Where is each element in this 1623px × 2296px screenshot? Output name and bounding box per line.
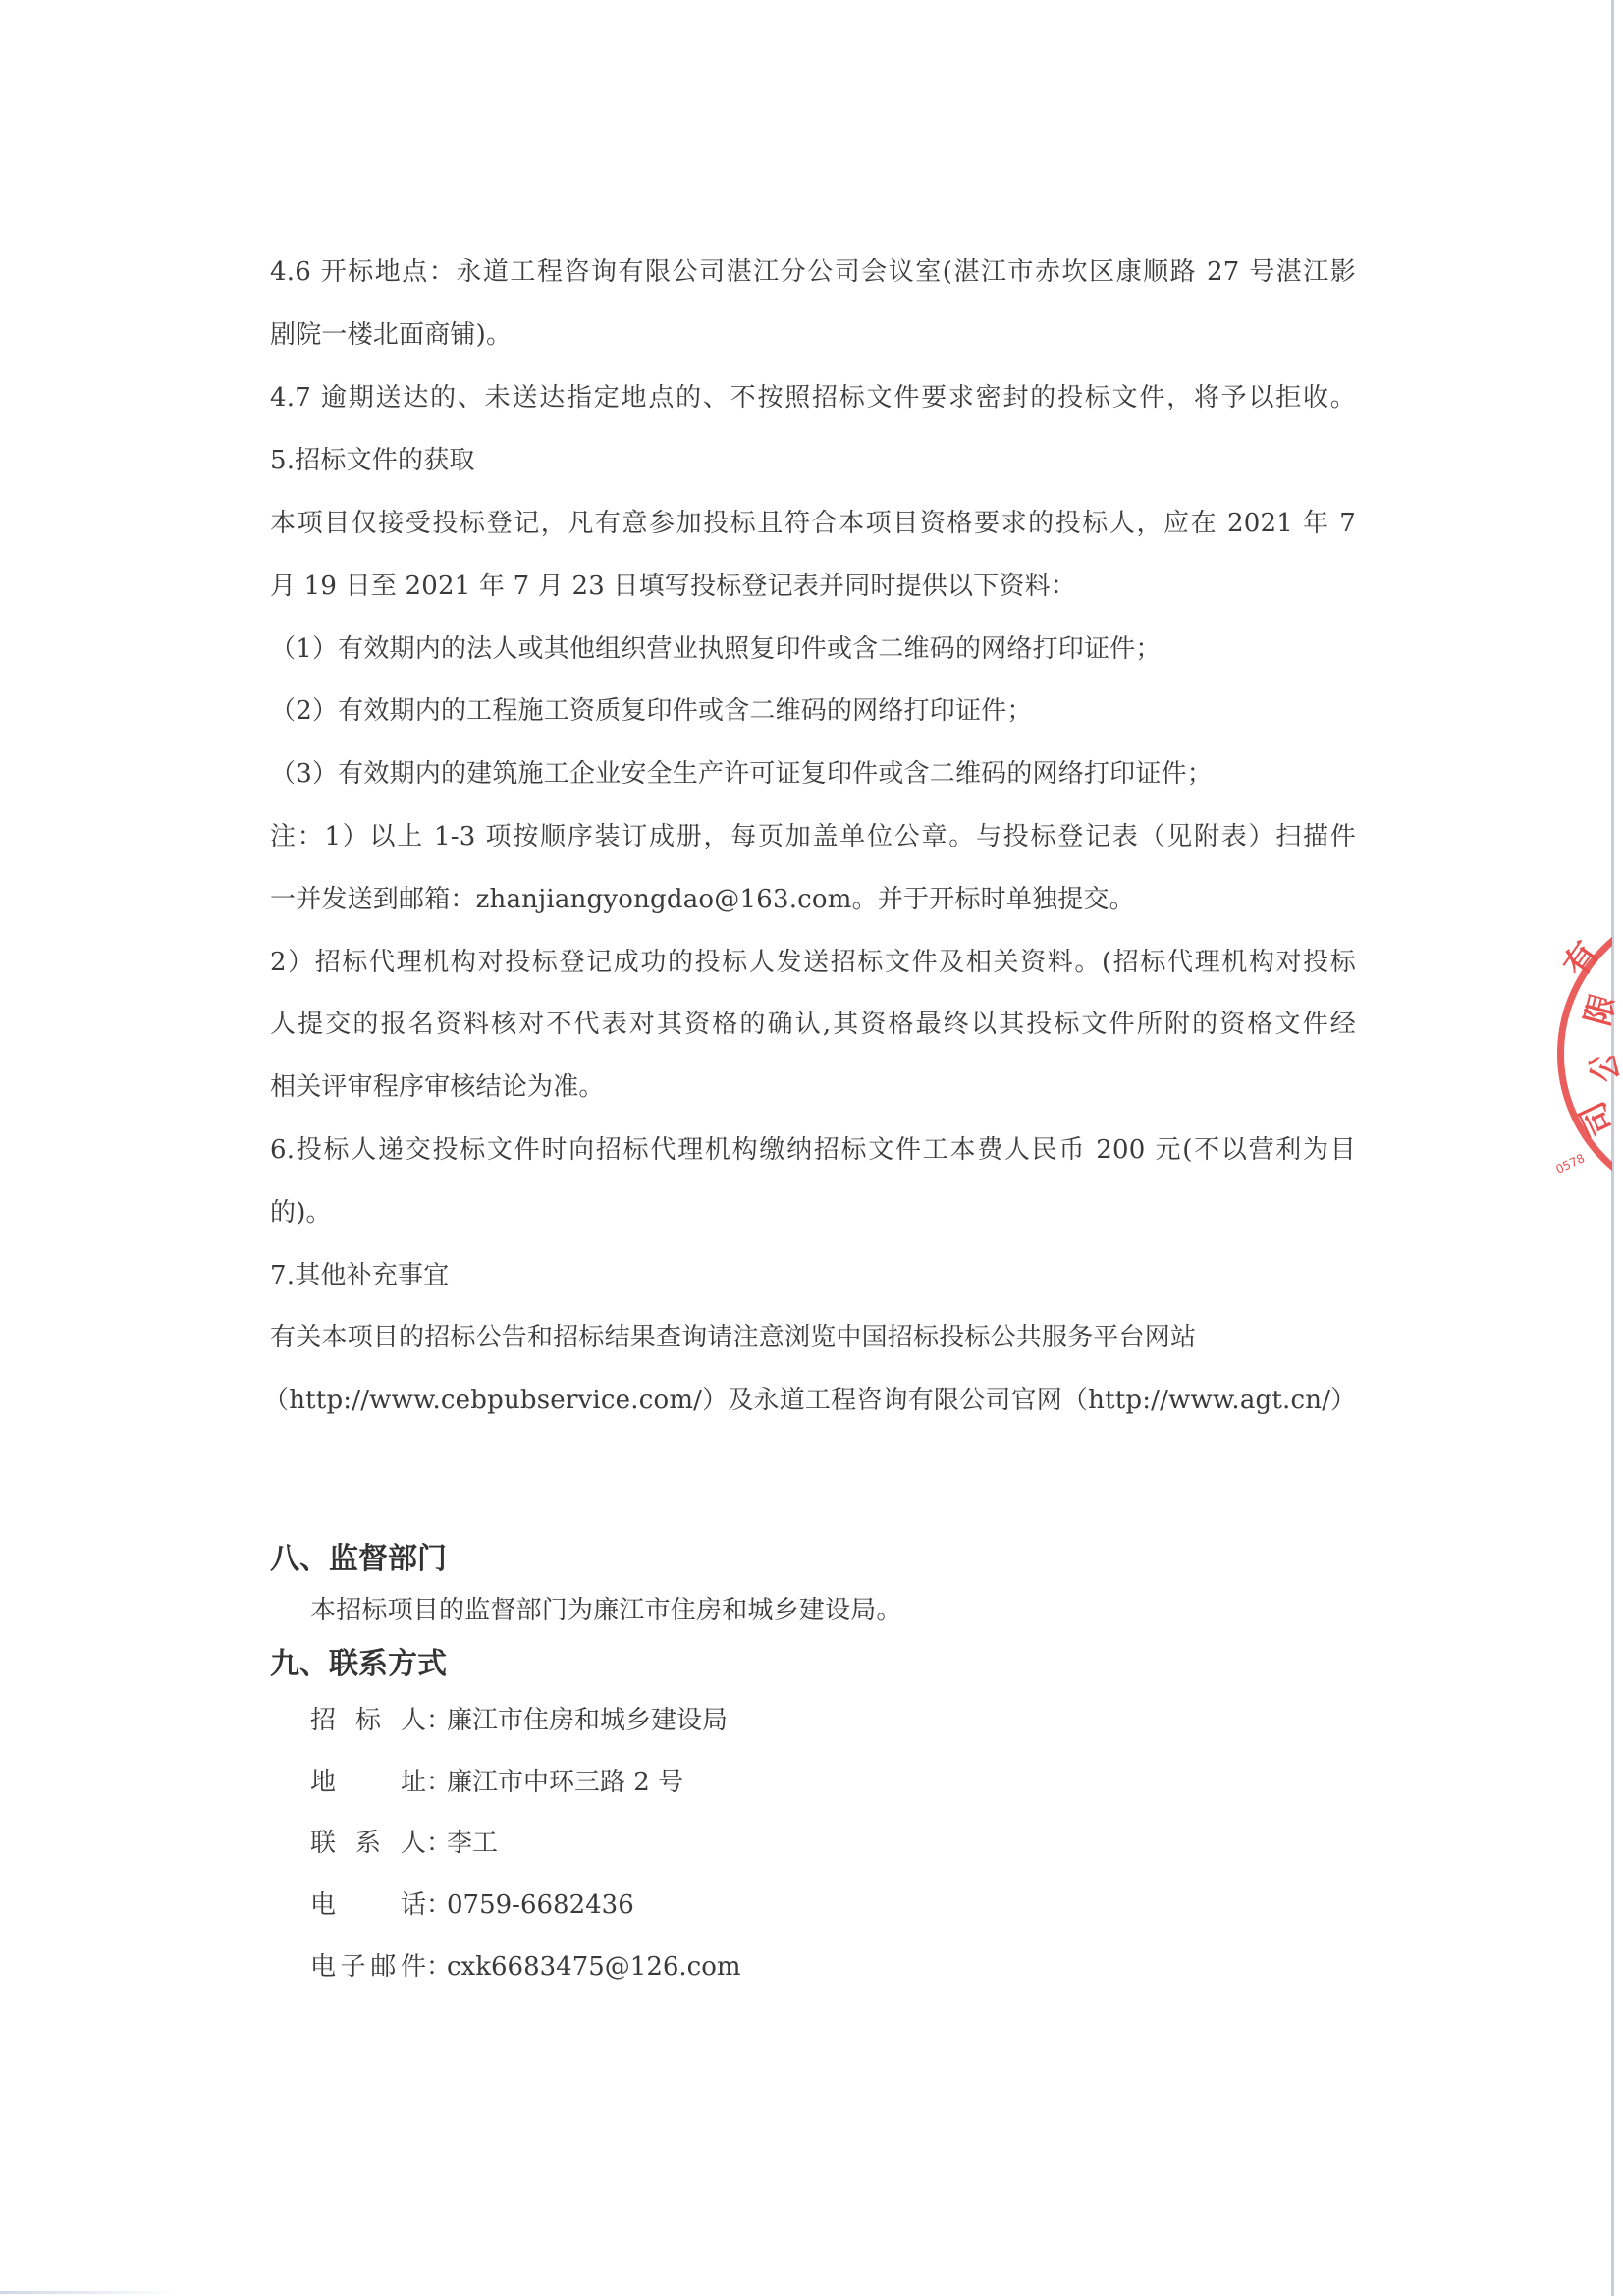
note-2-line2: 人提交的报名资料核对不代表对其资格的确认,其资格最终以其投标文件所附的资格文件经 [270,1005,1356,1044]
contact-colon: ： [426,1947,447,1987]
section-9-heading: 九、联系方式 [270,1643,447,1686]
requirement-3: （3）有效期内的建筑施工企业安全生产许可证复印件或含二维码的网络打印证件； [270,754,1213,793]
note-1-line1: 注：1）以上 1-3 项按顺序装订成册，每页加盖单位公章。与投标登记表（见附表）… [270,817,1356,856]
item-4-6-line2: 剧院一楼北面商铺)。 [270,315,512,355]
contact-value: 0759-6682436 [447,1886,634,1925]
section-5-intro-line2: 月 19 日至 2021 年 7 月 23 日填写投标登记表并同时提供以下资料： [270,567,1076,606]
contact-label: 地址 [310,1763,426,1802]
contact-row-person: 联系人： 李工 [310,1824,498,1863]
contact-row-email: 电子邮件： cxk6683475@126.com [310,1947,741,1987]
section-8-heading: 八、监督部门 [270,1538,447,1581]
requirement-1: （1）有效期内的法人或其他组织营业执照复印件或含二维码的网络打印证件； [270,629,1162,669]
contact-value: cxk6683475@126.com [447,1947,741,1987]
contact-label: 招标人 [310,1701,426,1740]
section-6-line2: 的)。 [270,1193,332,1232]
contact-colon: ： [426,1824,447,1863]
contact-row-address: 地址： 廉江市中环三路 2 号 [310,1763,683,1802]
contact-value: 李工 [447,1824,498,1863]
note-2-line3: 相关评审程序审核结论为准。 [270,1067,605,1107]
contact-row-phone: 电话： 0759-6682436 [310,1886,634,1925]
note-1-line2: 一并发送到邮箱：zhanjiangyongdao@163.com。并于开标时单独… [270,880,1135,919]
item-4-7: 4.7 逾期送达的、未送达指定地点的、不按照招标文件要求密封的投标文件，将予以拒… [270,378,1356,417]
note-2-line1: 2）招标代理机构对投标登记成功的投标人发送招标文件及相关资料。(招标代理机构对投… [270,943,1356,982]
contact-value: 廉江市中环三路 2 号 [447,1763,683,1802]
contact-colon: ： [426,1701,447,1740]
scan-artifact [0,2291,177,2294]
section-5-title: 5.招标文件的获取 [270,441,475,480]
section-8-body: 本招标项目的监督部门为廉江市住房和城乡建设局。 [310,1591,902,1630]
section-5-intro-line1: 本项目仅接受投标登记，凡有意参加投标且符合本项目资格要求的投标人，应在 2021… [270,504,1356,543]
section-7-title: 7.其他补充事宜 [270,1256,449,1295]
contact-label: 电话 [310,1886,426,1925]
seal-number: 0578 [1553,1151,1587,1176]
contact-label: 联系人 [310,1824,426,1863]
contact-colon: ： [426,1763,447,1802]
contact-colon: ： [426,1886,447,1925]
section-7-links: （http://www.cebpubservice.com/）及永道工程咨询有限… [263,1381,1356,1420]
contact-row-tenderer: 招标人： 廉江市住房和城乡建设局 [310,1701,728,1740]
contact-value: 廉江市住房和城乡建设局 [447,1701,728,1740]
item-4-6-line1: 4.6 开标地点：永道工程咨询有限公司湛江分公司会议室(湛江市赤坎区康顺路 27… [270,252,1356,292]
section-7-line1: 有关本项目的招标公告和招标结果查询请注意浏览中国招标投标公共服务平台网站 [270,1318,1196,1357]
section-6-line1: 6.投标人递交投标文件时向招标代理机构缴纳招标文件工本费人民币 200 元(不以… [270,1130,1356,1170]
requirement-2: （2）有效期内的工程施工资质复印件或含二维码的网络打印证件； [270,691,1033,731]
contact-label: 电子邮件 [310,1947,426,1987]
